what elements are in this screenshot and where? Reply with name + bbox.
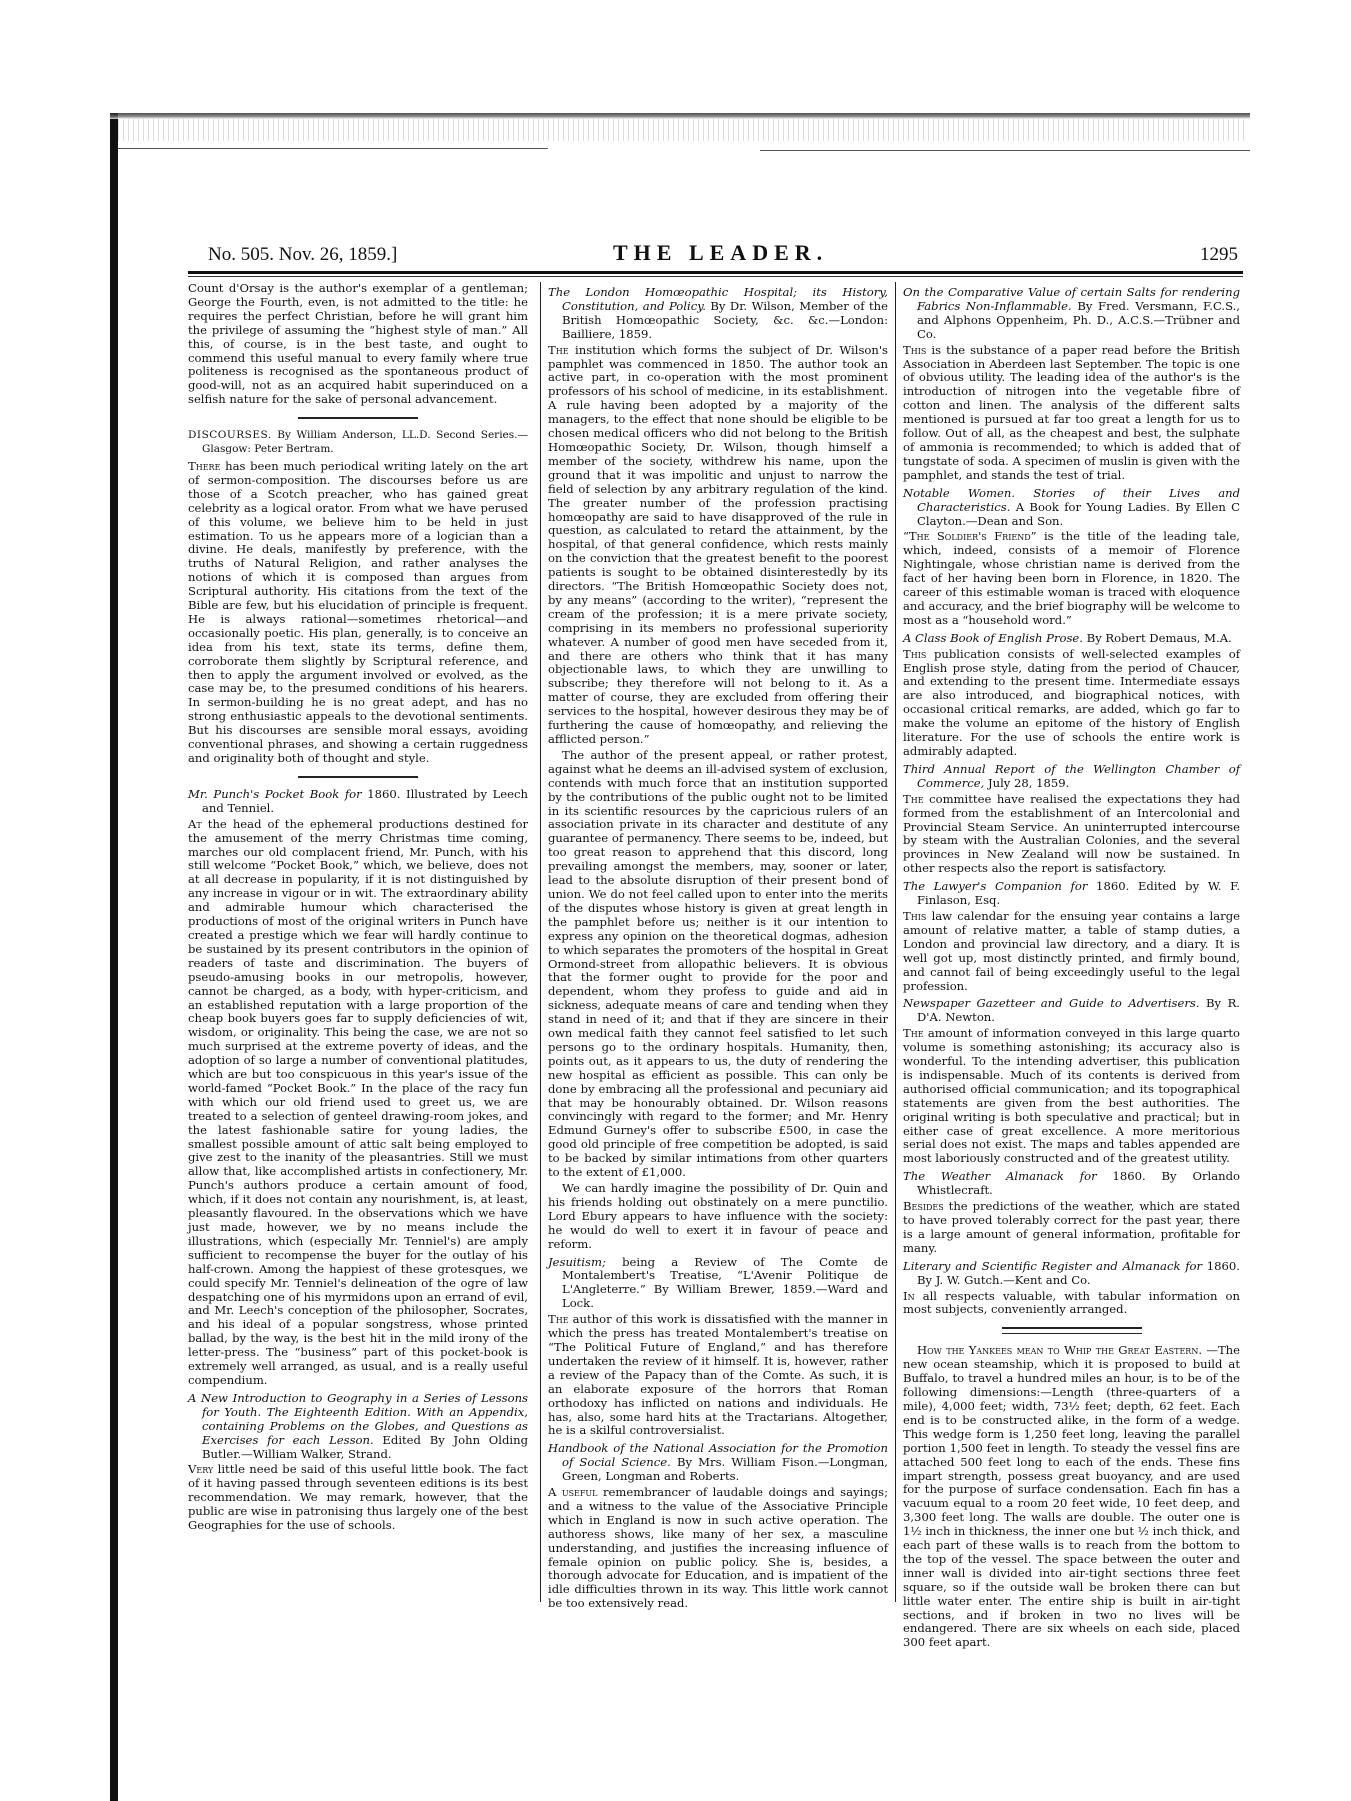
page-number: 1295 — [1200, 244, 1238, 266]
paragraph-lead: The — [903, 1026, 924, 1040]
paragraph-text: Count d'Orsay is the author's exemplar o… — [188, 281, 528, 406]
paragraph-lead: This — [903, 647, 926, 661]
section-separator — [298, 417, 418, 419]
paragraph-text: committee have realised the expectations… — [903, 792, 1240, 876]
column-1: Count d'Orsay is the author's exemplar o… — [188, 282, 528, 1535]
paragraph-lead: This — [903, 343, 926, 357]
article-paragraph: The amount of information conveyed in th… — [903, 1027, 1240, 1166]
paragraph-text: is the substance of a paper read before … — [903, 343, 1240, 482]
review-heading: On the Comparative Value of certain Salt… — [903, 286, 1240, 342]
review-heading: Jesuitism; being a Review of The Comte d… — [548, 1256, 888, 1312]
issue-date: No. 505. Nov. 26, 1859.] — [208, 244, 397, 266]
review-heading: DISCOURSES. By William Anderson, LL.D. S… — [188, 429, 528, 457]
paragraph-lead: At — [188, 817, 202, 831]
section-separator — [298, 776, 418, 778]
paragraph-text: remembrancer of laudable doings and sayi… — [548, 1485, 888, 1610]
paragraph-text: is the title of the leading tale, which,… — [903, 529, 1240, 626]
paragraph-text: We can hardly imagine the possibility of… — [548, 1181, 888, 1251]
paragraph-lead: There — [188, 459, 220, 473]
paragraph-lead: Besides — [903, 1199, 944, 1213]
review-heading: Literary and Scientific Register and Alm… — [903, 1260, 1240, 1288]
article-paragraph: At the head of the ephemeral productions… — [188, 818, 528, 1388]
book-title: A Class Book of English Prose. — [903, 631, 1083, 645]
newspaper-title: THE LEADER. — [613, 240, 828, 266]
article-paragraph: This publication consists of well-select… — [903, 648, 1240, 759]
article-paragraph: The institution which forms the subject … — [548, 344, 888, 747]
paragraph-text: little need be said of this useful littl… — [188, 1462, 528, 1532]
review-heading: The London Homœopathic Hospital; its His… — [548, 286, 888, 342]
article-paragraph: This law calendar for the ensuing year c… — [903, 910, 1240, 993]
article-paragraph: The author of this work is dissatisfied … — [548, 1313, 888, 1438]
paragraph-text: has been much periodical writing lately … — [188, 459, 528, 765]
book-title: Mr. Punch's Pocket Book for — [188, 787, 362, 801]
paragraph-lead: The — [548, 1312, 569, 1326]
article-paragraph: “The Soldier's Friend” is the title of t… — [903, 530, 1240, 627]
paragraph-text: the predictions of the weather, which ar… — [903, 1199, 1240, 1255]
book-title: The Lawyer's Companion for — [903, 879, 1087, 893]
column-divider — [540, 282, 541, 1602]
article-paragraph: The committee have realised the expectat… — [903, 793, 1240, 876]
paragraph-text: institution which forms the subject of D… — [548, 343, 888, 746]
article-paragraph: The author of the present appeal, or rat… — [548, 749, 888, 1180]
book-details: July 28, 1859. — [984, 776, 1069, 790]
page-scan-noise — [118, 119, 1248, 141]
paragraph-text: law calendar for the ensuing year contai… — [903, 909, 1240, 993]
review-heading: Handbook of the National Association for… — [548, 1442, 888, 1484]
review-heading: The Weather Almanack for 1860. By Orland… — [903, 1170, 1240, 1198]
paragraph-text: publication consists of well-selected ex… — [903, 647, 1240, 758]
paragraph-text: author of this work is dissatisfied with… — [548, 1312, 888, 1437]
paragraph-lead: Very — [188, 1462, 213, 1476]
article-paragraph: Very little need be said of this useful … — [188, 1463, 528, 1533]
paragraph-lead: In — [903, 1289, 915, 1303]
book-details: being a Review of The Comte de Montalemb… — [562, 1255, 888, 1311]
review-heading: A New Introduction to Geography in a Ser… — [188, 1392, 528, 1462]
book-title: Jesuitism; — [548, 1255, 606, 1269]
paragraph-lead: The — [548, 343, 569, 357]
column-3: On the Comparative Value of certain Salt… — [903, 282, 1240, 1652]
article-paragraph: Besides the predictions of the weather, … — [903, 1200, 1240, 1256]
column-divider — [895, 282, 896, 1602]
page-scan-line — [760, 150, 1250, 151]
book-title: Literary and Scientific Register and Alm… — [903, 1259, 1202, 1273]
paragraph-lead: The — [903, 792, 924, 806]
review-heading: Newspaper Gazetteer and Guide to Adverti… — [903, 997, 1240, 1025]
article-paragraph: Count d'Orsay is the author's exemplar o… — [188, 282, 528, 407]
book-title: The Weather Almanack for — [903, 1169, 1097, 1183]
book-title: Third Annual Report of the Wellington Ch… — [903, 762, 1240, 790]
paragraph-lead: A useful — [548, 1485, 598, 1499]
section-separator-double — [1002, 1327, 1142, 1334]
article-paragraph: There has been much periodical writing l… — [188, 460, 528, 766]
article-paragraph: This is the substance of a paper read be… — [903, 344, 1240, 483]
masthead: No. 505. Nov. 26, 1859.] THE LEADER. 129… — [188, 240, 1238, 270]
paragraph-lead: “The Soldier's Friend” — [903, 529, 1037, 543]
article-paragraph: How the Yankees mean to Whip the Great E… — [903, 1344, 1240, 1650]
paragraph-lead: This — [903, 909, 926, 923]
book-title: Newspaper Gazetteer and Guide to Adverti… — [903, 996, 1200, 1010]
paragraph-text: all respects valuable, with tabular info… — [903, 1289, 1240, 1317]
page-frame-left-edge — [110, 113, 118, 1801]
book-details: By Robert Demaus, M.A. — [1083, 631, 1232, 645]
page-scan-line — [118, 148, 548, 149]
paragraph-text: —The new ocean steamship, which it is pr… — [903, 1343, 1240, 1649]
column-2: The London Homœopathic Hospital; its His… — [548, 282, 888, 1613]
article-paragraph: A useful remembrancer of laudable doings… — [548, 1486, 888, 1611]
review-heading: Notable Women. Stories of their Lives an… — [903, 487, 1240, 529]
masthead-rule — [188, 271, 1243, 274]
book-title: DISCOURSES. — [188, 429, 272, 441]
paragraph-text: The author of the present appeal, or rat… — [548, 748, 888, 1179]
review-heading: Third Annual Report of the Wellington Ch… — [903, 763, 1240, 791]
article-paragraph: We can hardly imagine the possibility of… — [548, 1182, 888, 1252]
article-paragraph: In all respects valuable, with tabular i… — [903, 1290, 1240, 1318]
review-heading: A Class Book of English Prose. By Robert… — [903, 632, 1240, 646]
paragraph-text: amount of information conveyed in this l… — [903, 1026, 1240, 1165]
paragraph-text: the head of the ephemeral productions de… — [188, 817, 528, 1387]
masthead-rule-thin — [188, 276, 1243, 277]
review-heading: Mr. Punch's Pocket Book for 1860. Illust… — [188, 788, 528, 816]
paragraph-lead: How the Yankees mean to Whip the Great E… — [917, 1343, 1202, 1357]
review-heading: The Lawyer's Companion for 1860. Edited … — [903, 880, 1240, 908]
